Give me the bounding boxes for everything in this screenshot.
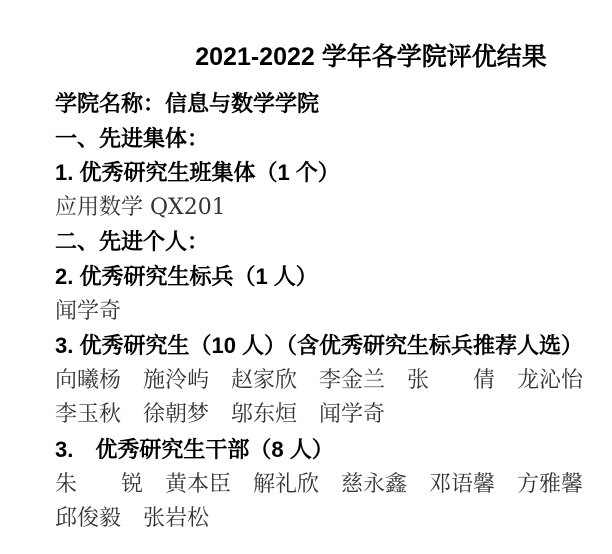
section-collective-heading: 一、先进集体： [55, 122, 602, 157]
award-student-cadres-winners-row-1: 朱 锐 黄本臣 解礼欣 慈永鑫 邓语馨 方雅馨 [55, 468, 602, 503]
award-student-cadres-winners-row-2: 邱俊毅 张岩松 [55, 502, 602, 537]
document-body: 学院名称：信息与数学学院 一、先进集体： 1. 优秀研究生班集体（1 个） 应用… [55, 87, 602, 537]
college-name-line: 学院名称：信息与数学学院 [55, 87, 602, 122]
award-model-student-heading: 2. 优秀研究生标兵（1 人） [55, 260, 602, 295]
award-outstanding-students-winners-row-1: 向曦杨 施泠屿 赵家欣 李金兰 张 倩 龙沁怡 [55, 364, 602, 399]
document-title: 2021-2022 学年各学院评优结果 [130, 40, 612, 74]
award-class-collective-winners-row: 应用数学 QX201 [55, 191, 602, 226]
award-class-collective-heading: 1. 优秀研究生班集体（1 个） [55, 156, 602, 191]
award-model-student-winners-row: 闻学奇 [55, 295, 602, 330]
award-outstanding-students-heading: 3. 优秀研究生（10 人）（含优秀研究生标兵推荐人选） [55, 329, 602, 364]
section-individual-heading: 二、先进个人： [55, 225, 602, 260]
award-outstanding-students-winners-row-2: 李玉秋 徐朝梦 邬东烜 闻学奇 [55, 398, 602, 433]
document-page: 2021-2022 学年各学院评优结果 学院名称：信息与数学学院 一、先进集体：… [0, 0, 612, 554]
award-student-cadres-heading: 3. 优秀研究生干部（8 人） [55, 433, 602, 468]
